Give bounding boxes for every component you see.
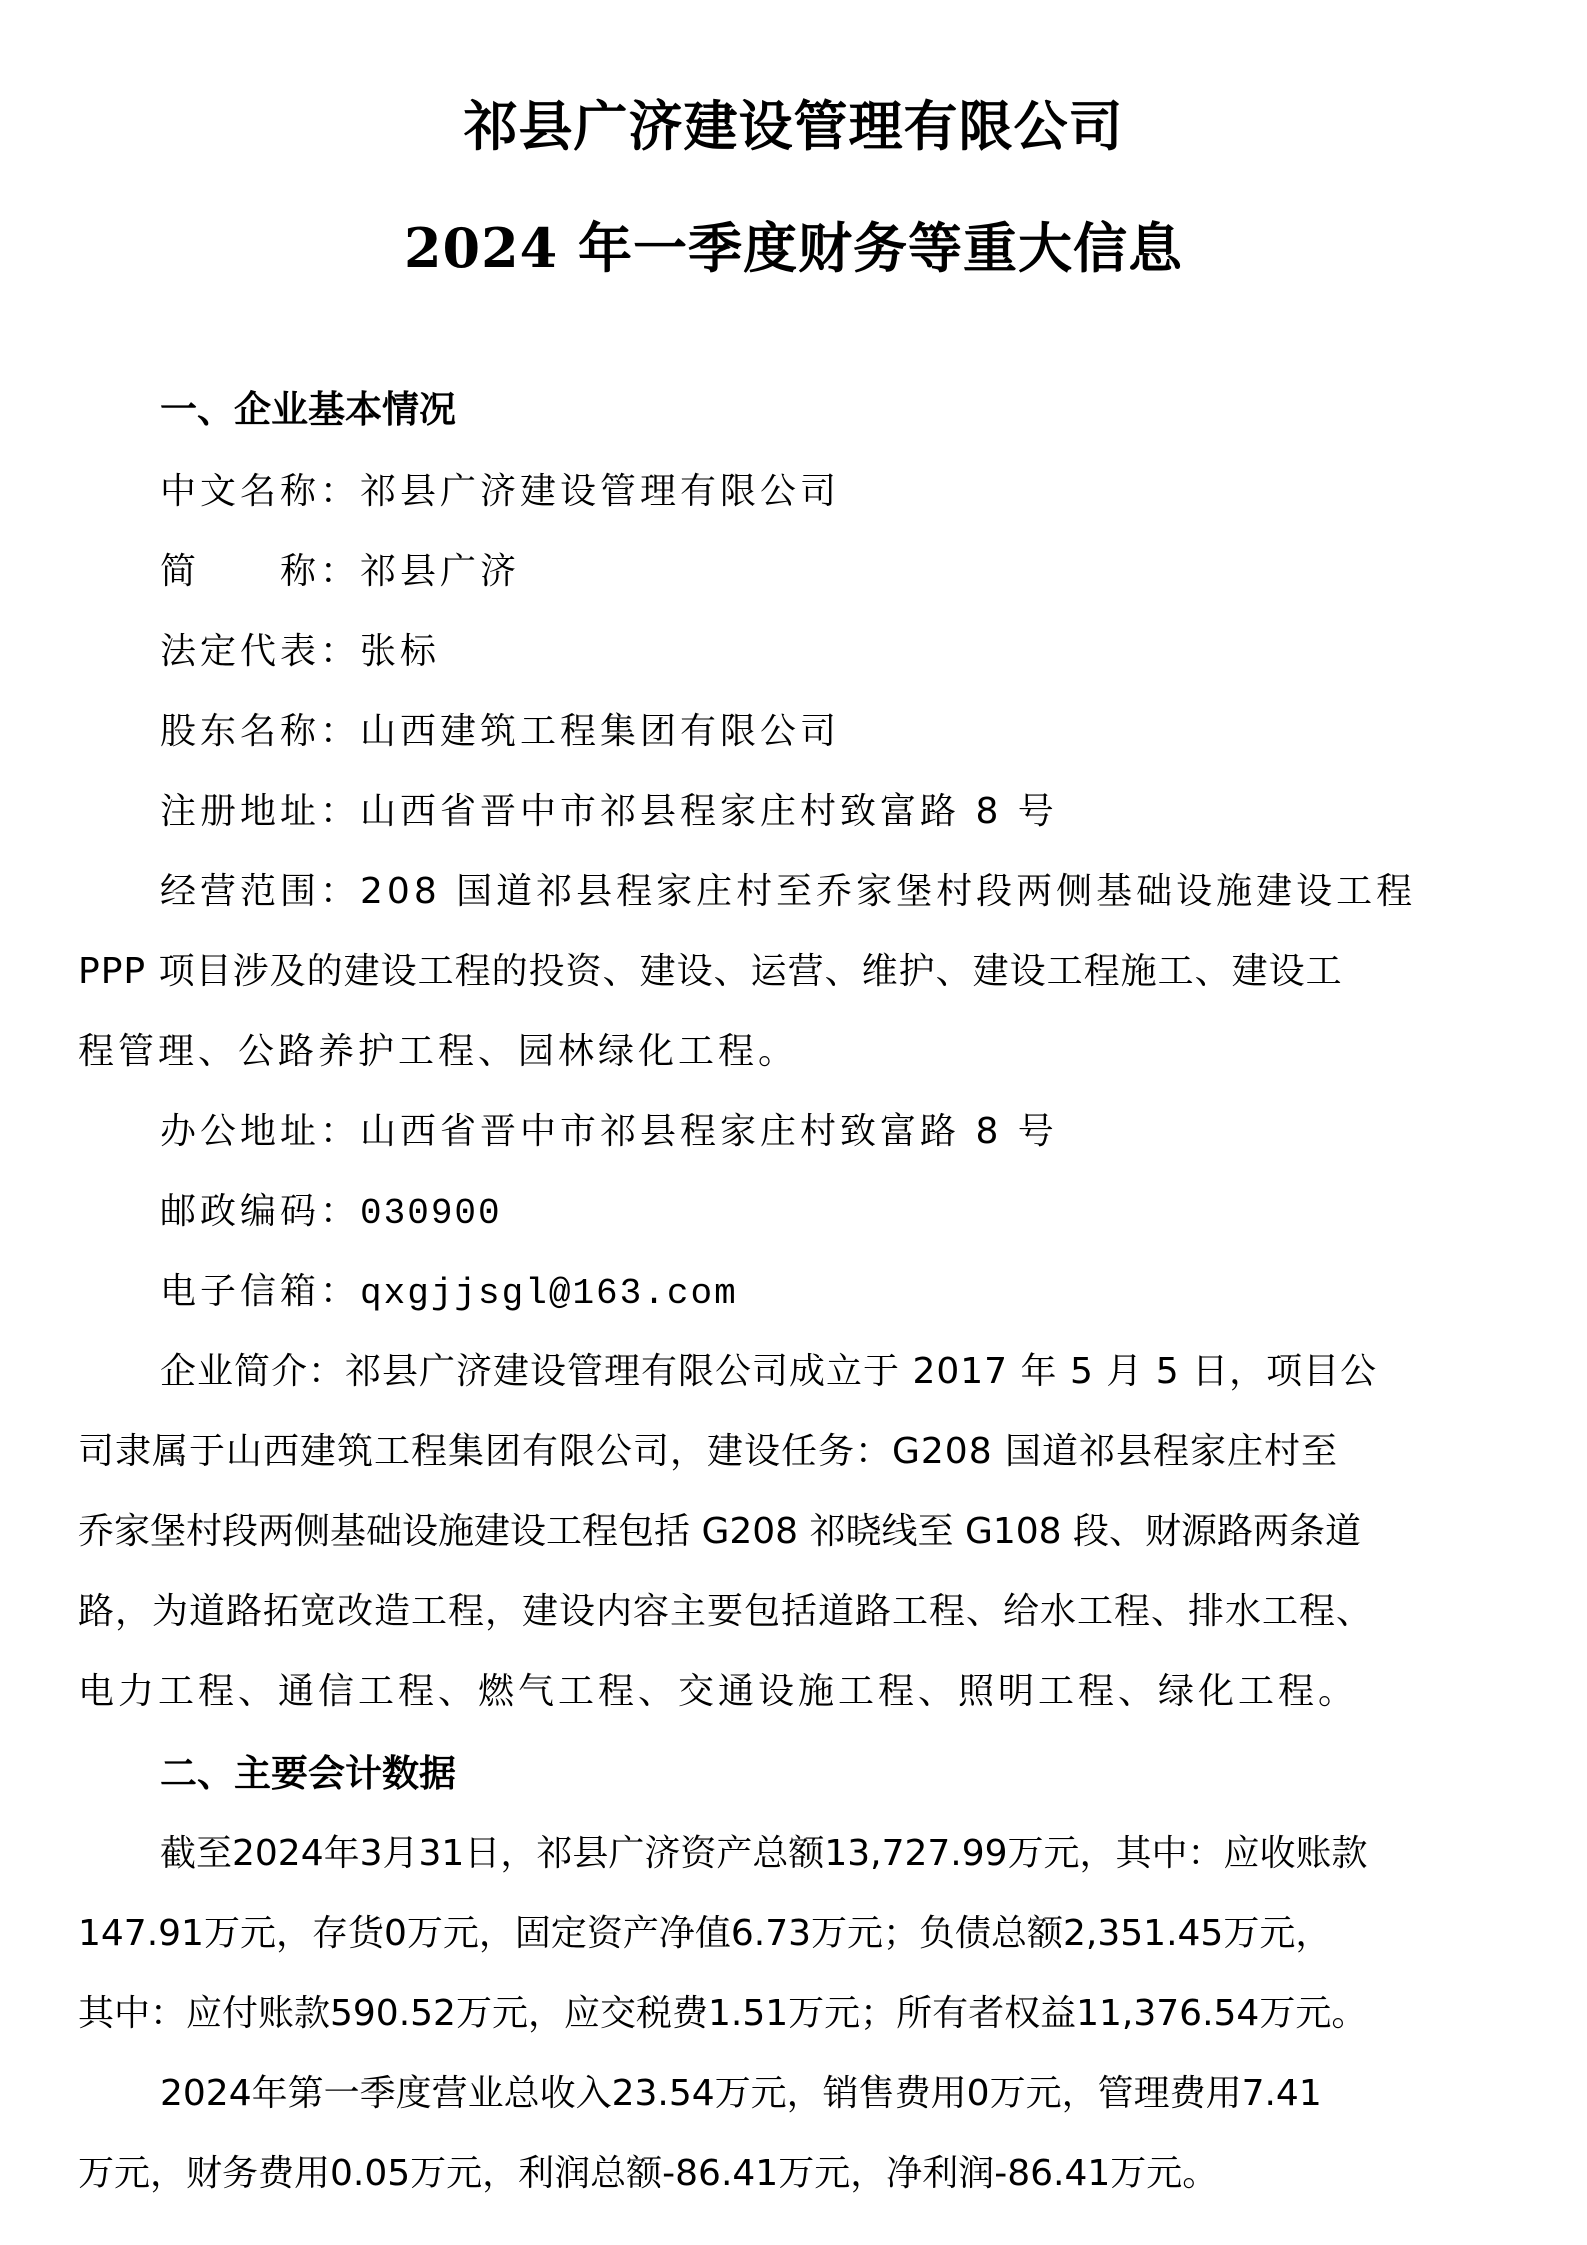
field-business-scope: 经营范围：208 国道祁县程家庄村至乔家堡村段两侧基础设施建设工程 [160, 870, 1416, 914]
profile-line-2: 司隶属于山西建筑工程集团有限公司，建设任务：G208 国道祁县程家庄村至 [78, 1430, 1338, 1474]
field-value: 祁县广济建设管理有限公司成立于 2017 年 5 月 5 日，项目公 [345, 1351, 1377, 1392]
business-scope-line-3: 程管理、公路养护工程、园林绿化工程。 [78, 1030, 798, 1074]
field-short-name: 简 称：祁县广济 [160, 550, 520, 594]
field-label: 邮政编码： [160, 1191, 360, 1232]
field-value: 208 国道祁县程家庄村至乔家堡村段两侧基础设施建设工程 [360, 871, 1416, 912]
field-value: 祁县广济 [360, 551, 520, 592]
balance-sheet-line-1: 截至2024年3月31日，祁县广济资产总额13,727.99万元，其中：应收账款 [160, 1832, 1368, 1876]
field-postcode: 邮政编码：030900 [160, 1190, 502, 1236]
field-office-address: 办公地址：山西省晋中市祁县程家庄村致富路 8 号 [160, 1110, 1058, 1154]
field-value: 山西建筑工程集团有限公司 [360, 711, 840, 752]
document-title-report: 2024 年一季度财务等重大信息 [0, 218, 1587, 278]
field-label: 办公地址： [160, 1111, 360, 1152]
field-label: 电子信箱： [160, 1271, 360, 1312]
balance-sheet-line-3: 其中：应付账款590.52万元，应交税费1.51万元；所有者权益11,376.5… [78, 1992, 1367, 2036]
profile-line-5: 电力工程、通信工程、燃气工程、交通设施工程、照明工程、绿化工程。 [78, 1670, 1358, 1714]
field-label: 注册地址： [160, 791, 360, 832]
field-email: 电子信箱：qxgjjsgl@163.com [160, 1270, 738, 1316]
field-label: 中文名称： [160, 471, 360, 512]
business-scope-line-2: PPP 项目涉及的建设工程的投资、建设、运营、维护、建设工程施工、建设工 [78, 950, 1343, 994]
field-label: 法定代表： [160, 631, 360, 672]
section-heading-accounting-data: 二、主要会计数据 [160, 1752, 456, 1796]
field-registered-address: 注册地址：山西省晋中市祁县程家庄村致富路 8 号 [160, 790, 1058, 834]
profile-line-3: 乔家堡村段两侧基础设施建设工程包括 G208 祁晓线至 G108 段、财源路两条… [78, 1510, 1361, 1554]
balance-sheet-line-2: 147.91万元，存货0万元，固定资产净值6.73万元；负债总额2,351.45… [78, 1912, 1331, 1956]
section-heading-basic-info: 一、企业基本情况 [160, 388, 456, 432]
income-statement-line-2: 万元，财务费用0.05万元，利润总额-86.41万元，净利润-86.41万元。 [78, 2152, 1218, 2196]
field-value: 030900 [360, 1193, 502, 1234]
field-value: 祁县广济建设管理有限公司 [360, 471, 840, 512]
field-label: 股东名称： [160, 711, 360, 752]
profile-line-4: 路，为道路拓宽改造工程，建设内容主要包括道路工程、给水工程、排水工程、 [78, 1590, 1373, 1634]
field-value: 山西省晋中市祁县程家庄村致富路 8 号 [360, 791, 1058, 832]
field-label: 经营范围： [160, 871, 360, 912]
field-label: 简 称： [160, 551, 360, 592]
field-company-profile: 企业简介：祁县广济建设管理有限公司成立于 2017 年 5 月 5 日，项目公 [160, 1350, 1377, 1394]
income-statement-line-1: 2024年第一季度营业总收入23.54万元，销售费用0万元，管理费用7.41 [160, 2072, 1322, 2116]
field-legal-representative: 法定代表：张标 [160, 630, 440, 674]
field-shareholder: 股东名称：山西建筑工程集团有限公司 [160, 710, 840, 754]
field-chinese-name: 中文名称：祁县广济建设管理有限公司 [160, 470, 840, 514]
document-title-company: 祁县广济建设管理有限公司 [0, 96, 1587, 156]
email-link[interactable]: qxgjjsgl@163.com [360, 1273, 738, 1314]
field-value: 张标 [360, 631, 440, 672]
document-page: 祁县广济建设管理有限公司 2024 年一季度财务等重大信息 一、企业基本情况 中… [0, 0, 1587, 2245]
field-label: 企业简介： [160, 1351, 345, 1392]
field-value: 山西省晋中市祁县程家庄村致富路 8 号 [360, 1111, 1058, 1152]
